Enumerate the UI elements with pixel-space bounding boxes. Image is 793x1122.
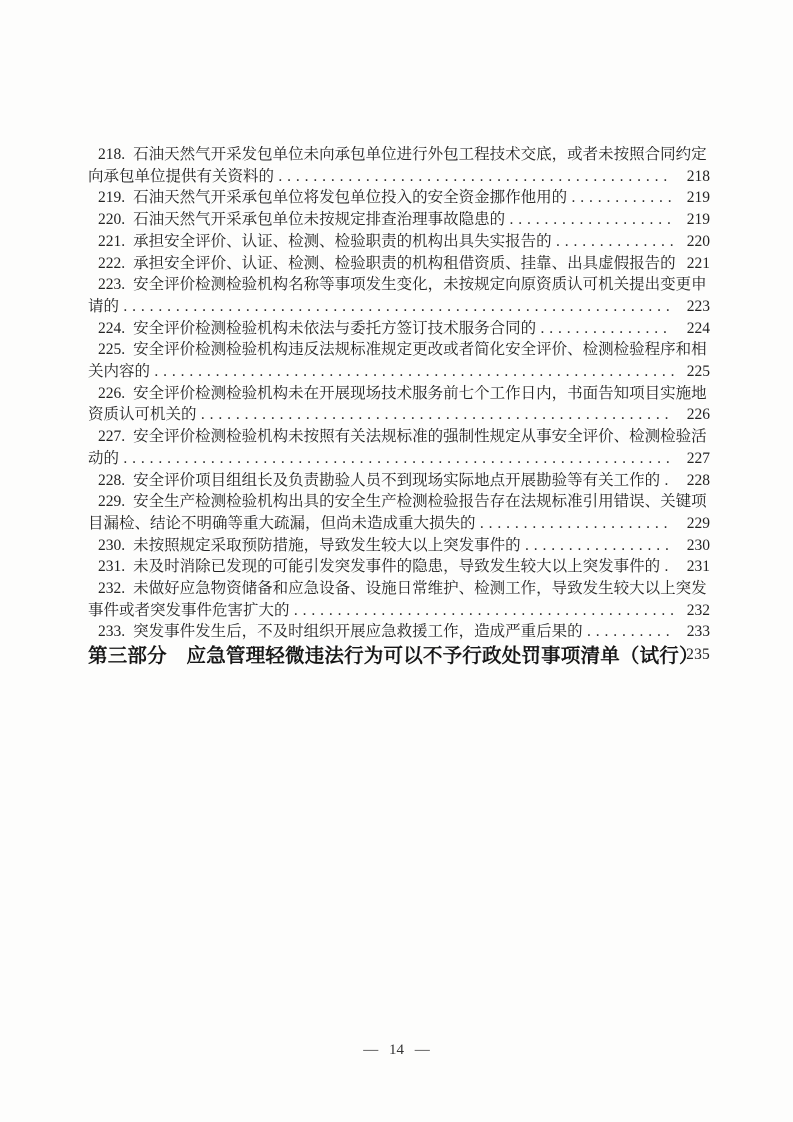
section-heading-text: 第三部分 应急管理轻微违法行为可以不予行政处罚事项清单（试行）	[88, 646, 699, 667]
dot-leader: .	[660, 558, 669, 575]
toc-entry-number: 229.	[98, 493, 125, 510]
dot-leader: . . . . . . . . . . . .	[567, 189, 672, 206]
toc-entry: 226.安全评价检测检验机构未在开展现场技术服务前七个工作日内，书面告知项目实施…	[88, 383, 710, 426]
dot-leader: . . . . . . . . . . . . . . . . .	[521, 537, 670, 554]
dot-leader: . . . . . . . . . . . . . . . . . . .	[505, 211, 671, 228]
dot-leader: . . . . . . . . . . . . . . . . . . . . …	[197, 406, 670, 423]
toc-entry-number: 221.	[98, 233, 125, 250]
dot-leader: . . . . . . . . . . . . . . .	[536, 320, 667, 337]
toc-entry-page-number: 233	[687, 621, 710, 643]
dot-leader: . . . . . . . . . . . . . . . . . . . . …	[119, 450, 670, 467]
toc-entry: 231.未及时消除已发现的可能引发突发事件的隐患，导致发生较大以上突发事件的 .…	[88, 556, 710, 578]
toc-entry-page-number: 231	[687, 556, 710, 578]
toc-entry: 233.突发事件发生后，不及时组织开展应急救援工作，造成严重后果的 . . . …	[88, 621, 710, 643]
toc-entry-number: 224.	[98, 320, 125, 337]
toc-entry: 221.承担安全评价、认证、检测、检验职责的机构出具失实报告的 . . . . …	[88, 231, 710, 253]
dot-leader: . . . . . . . . . . . . . . . . . . . . …	[119, 298, 670, 315]
toc-entry: 227.安全评价检测检验机构未按照有关法规标准的强制性规定从事安全评价、检测检验…	[88, 426, 710, 469]
toc-entry-text: 承担安全评价、认证、检测、检验职责的机构租借资质、挂靠、出具虚假报告的	[133, 255, 676, 272]
toc-entry-page-number: 232	[687, 600, 710, 622]
toc-entry: 228.安全评价项目组组长及负责勘验人员不到现场实际地点开展勘验等有关工作的 .…	[88, 470, 710, 492]
toc-entry-page-number: 220	[687, 231, 710, 253]
toc-entry: 225.安全评价检测检验机构违反法规标准规定更改或者简化安全评价、检测检验程序和…	[88, 339, 710, 382]
section-heading-page-number: 235	[686, 642, 710, 667]
toc-entry-number: 233.	[98, 623, 125, 640]
toc-entry-text: 石油天然气开采承包单位未按规定排查治理事故隐患的	[133, 211, 505, 228]
toc-entry-text: 石油天然气开采承包单位将发包单位投入的安全资金挪作他用的	[133, 189, 567, 206]
toc-entry-page-number: 225	[687, 361, 710, 383]
toc-entry-number: 230.	[98, 537, 125, 554]
dot-leader: . . . . . . . . . . . . . . . . . . . . …	[476, 515, 669, 532]
toc-entry-number: 227.	[98, 428, 125, 445]
toc-entry-number: 219.	[98, 189, 125, 206]
toc-entry-number: 228.	[98, 472, 125, 489]
toc-entry: 218.石油天然气开采发包单位未向承包单位进行外包工程技术交底，或者未按照合同约…	[88, 144, 710, 187]
dot-leader: .	[660, 472, 669, 489]
dot-leader: . . . . . . . . . . . . . . . . . . . . …	[274, 168, 668, 185]
toc-entry-page-number: 226	[687, 404, 710, 426]
document-page: 218.石油天然气开采发包单位未向承包单位进行外包工程技术交底，或者未按照合同约…	[0, 0, 793, 1122]
toc-entry-number: 232.	[98, 580, 125, 597]
toc-entry: 230.未按照规定采取预防措施，导致发生较大以上突发事件的 . . . . . …	[88, 535, 710, 557]
toc-entry-page-number: 228	[687, 470, 710, 492]
toc-entry-number: 223.	[98, 276, 125, 293]
toc-entry-number: 225.	[98, 341, 125, 358]
toc-entry-text: 未按照规定采取预防措施，导致发生较大以上突发事件的	[133, 537, 521, 554]
toc-entry-page-number: 219	[687, 187, 710, 209]
toc-entry-page-number: 224	[687, 318, 710, 340]
toc-entry: 223.安全评价检测检验机构名称等事项发生变化，未按规定向原资质认可机关提出变更…	[88, 274, 710, 317]
toc-entry-page-number: 230	[687, 535, 710, 557]
toc-entry-number: 220.	[98, 211, 125, 228]
toc-entry-number: 231.	[98, 558, 125, 575]
toc-entry-text: 承担安全评价、认证、检测、检验职责的机构出具失实报告的	[133, 233, 552, 250]
toc-entry-page-number: 219	[687, 209, 710, 231]
toc-entry-number: 218.	[98, 146, 125, 163]
toc-entry-text: 突发事件发生后，不及时组织开展应急救援工作，造成严重后果的	[133, 623, 583, 640]
toc-entry: 222.承担安全评价、认证、检测、检验职责的机构租借资质、挂靠、出具虚假报告的2…	[88, 253, 710, 275]
toc-entry-page-number: 229	[687, 513, 710, 535]
dot-leader: . . . . . . . . . . . . . . . . . . . . …	[150, 363, 675, 380]
footer-page-number: — 14 —	[363, 1042, 430, 1058]
table-of-contents: 218.石油天然气开采发包单位未向承包单位进行外包工程技术交底，或者未按照合同约…	[88, 144, 710, 669]
toc-entry-number: 226.	[98, 385, 125, 402]
dot-leader: . . . . . . . . . . . . . . . . . . . . …	[290, 602, 675, 619]
toc-entry: 220.石油天然气开采承包单位未按规定排查治理事故隐患的 . . . . . .…	[88, 209, 710, 231]
toc-list: 218.石油天然气开采发包单位未向承包单位进行外包工程技术交底，或者未按照合同约…	[88, 144, 710, 643]
toc-entry-text: 未及时消除已发现的可能引发突发事件的隐患，导致发生较大以上突发事件的	[133, 558, 660, 575]
toc-entry-page-number: 223	[687, 296, 710, 318]
toc-entry: 224.安全评价检测检验机构未依法与委托方签订技术服务合同的 . . . . .…	[88, 318, 710, 340]
dot-leader: . . . . . . . . . . . . . .	[552, 233, 675, 250]
dot-leader: . . . . . . . . . .	[583, 623, 671, 640]
toc-entry: 229.安全生产检测检验机构出具的安全生产检测检验报告存在法规标准引用错误、关键…	[88, 491, 710, 534]
page-footer: — 14 —	[0, 1042, 793, 1059]
toc-entry: 232.未做好应急物资储备和应急设备、设施日常维护、检测工作，导致发生较大以上突…	[88, 578, 710, 621]
section-heading: 第三部分 应急管理轻微违法行为可以不予行政处罚事项清单（试行） 235	[88, 644, 710, 669]
toc-entry-text: 安全评价项目组组长及负责勘验人员不到现场实际地点开展勘验等有关工作的	[133, 472, 660, 489]
toc-entry-number: 222.	[98, 255, 125, 272]
toc-entry-page-number: 218	[687, 166, 710, 188]
toc-entry-page-number: 221	[687, 253, 710, 275]
toc-entry-text: 安全评价检测检验机构未依法与委托方签订技术服务合同的	[133, 320, 536, 337]
toc-entry-page-number: 227	[687, 448, 710, 470]
toc-entry: 219.石油天然气开采承包单位将发包单位投入的安全资金挪作他用的 . . . .…	[88, 187, 710, 209]
